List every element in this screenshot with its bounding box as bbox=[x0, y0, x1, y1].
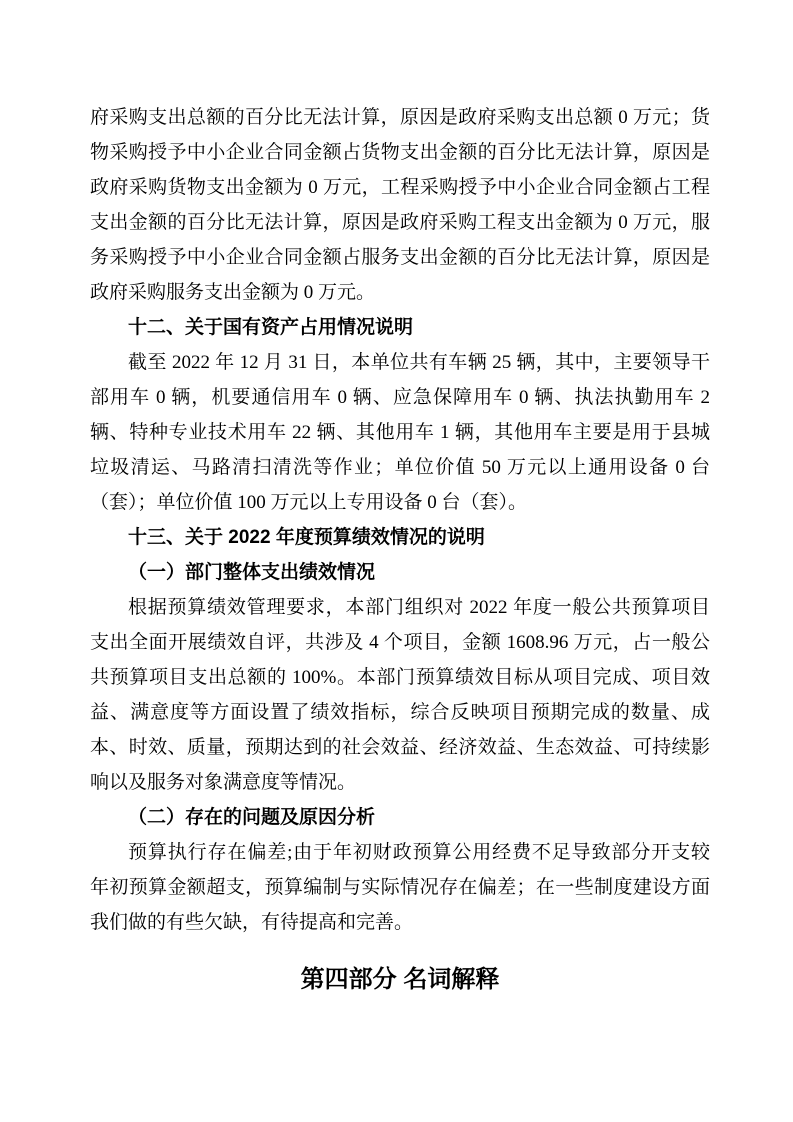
paragraph-line: 我们做的有些欠缺，有待提高和完善。 bbox=[90, 905, 710, 940]
paragraph: 预算执行存在偏差;由于年初财政预算公用经费不足导致部分开支较年初预算金额超支，预… bbox=[90, 835, 710, 940]
paragraph-line: 年初预算金额超支，预算编制与实际情况存在偏差；在一些制度建设方面 bbox=[90, 870, 710, 905]
paragraph-line: 政府采购服务支出金额为 0 万元。 bbox=[90, 275, 710, 310]
paragraph-line: 益、满意度等方面设置了绩效指标，综合反映项目预期完成的数量、成 bbox=[90, 695, 710, 730]
paragraph-line: （套）；单位价值 100 万元以上专用设备 0 台（套）。 bbox=[90, 485, 710, 520]
section-heading: 十三、关于 2022 年度预算绩效情况的说明 bbox=[90, 520, 710, 555]
paragraph-line: 本、时效、质量，预期达到的社会效益、经济效益、生态效益、可持续影 bbox=[90, 730, 710, 765]
subsection-heading: （二）存在的问题及原因分析 bbox=[90, 800, 710, 835]
paragraph-line: 部用车 0 辆，机要通信用车 0 辆、应急保障用车 0 辆、执法执勤用车 2 bbox=[90, 380, 710, 415]
subsection-heading: （一）部门整体支出绩效情况 bbox=[90, 555, 710, 590]
paragraph-line: 务采购授予中小企业合同金额占服务支出金额的百分比无法计算，原因是 bbox=[90, 240, 710, 275]
paragraph-line: 支出全面开展绩效自评，共涉及 4 个项目，金额 1608.96 万元，占一般公 bbox=[90, 625, 710, 660]
paragraph: 截至 2022 年 12 月 31 日，本单位共有车辆 25 辆，其中，主要领导… bbox=[90, 345, 710, 520]
paragraph-line: 垃圾清运、马路清扫清洗等作业；单位价值 50 万元以上通用设备 0 台 bbox=[90, 450, 710, 485]
paragraph-line: 辆、特种专业技术用车 22 辆、其他用车 1 辆，其他用车主要是用于县城 bbox=[90, 415, 710, 450]
paragraph-line: 共预算项目支出总额的 100%。本部门预算绩效目标从项目完成、项目效 bbox=[90, 660, 710, 695]
document-text-area: 府采购支出总额的百分比无法计算，原因是政府采购支出总额 0 万元；货物采购授予中… bbox=[90, 100, 710, 998]
paragraph-line: 截至 2022 年 12 月 31 日，本单位共有车辆 25 辆，其中，主要领导… bbox=[90, 345, 710, 380]
paragraph-line: 支出金额的百分比无法计算，原因是政府采购工程支出金额为 0 万元，服 bbox=[90, 205, 710, 240]
paragraph-line: 预算执行存在偏差;由于年初财政预算公用经费不足导致部分开支较 bbox=[90, 835, 710, 870]
paragraph-line: 物采购授予中小企业合同金额占货物支出金额的百分比无法计算，原因是 bbox=[90, 135, 710, 170]
part-title: 第四部分 名词解释 bbox=[90, 962, 710, 998]
paragraph-line: 响以及服务对象满意度等情况。 bbox=[90, 765, 710, 800]
section-heading: 十二、关于国有资产占用情况说明 bbox=[90, 310, 710, 345]
paragraph-line: 府采购支出总额的百分比无法计算，原因是政府采购支出总额 0 万元；货 bbox=[90, 100, 710, 135]
document-page: 府采购支出总额的百分比无法计算，原因是政府采购支出总额 0 万元；货物采购授予中… bbox=[0, 0, 793, 1122]
paragraph-line: 根据预算绩效管理要求，本部门组织对 2022 年度一般公共预算项目 bbox=[90, 590, 710, 625]
paragraph: 府采购支出总额的百分比无法计算，原因是政府采购支出总额 0 万元；货物采购授予中… bbox=[90, 100, 710, 310]
paragraph: 根据预算绩效管理要求，本部门组织对 2022 年度一般公共预算项目支出全面开展绩… bbox=[90, 590, 710, 800]
paragraph-line: 政府采购货物支出金额为 0 万元，工程采购授予中小企业合同金额占工程 bbox=[90, 170, 710, 205]
